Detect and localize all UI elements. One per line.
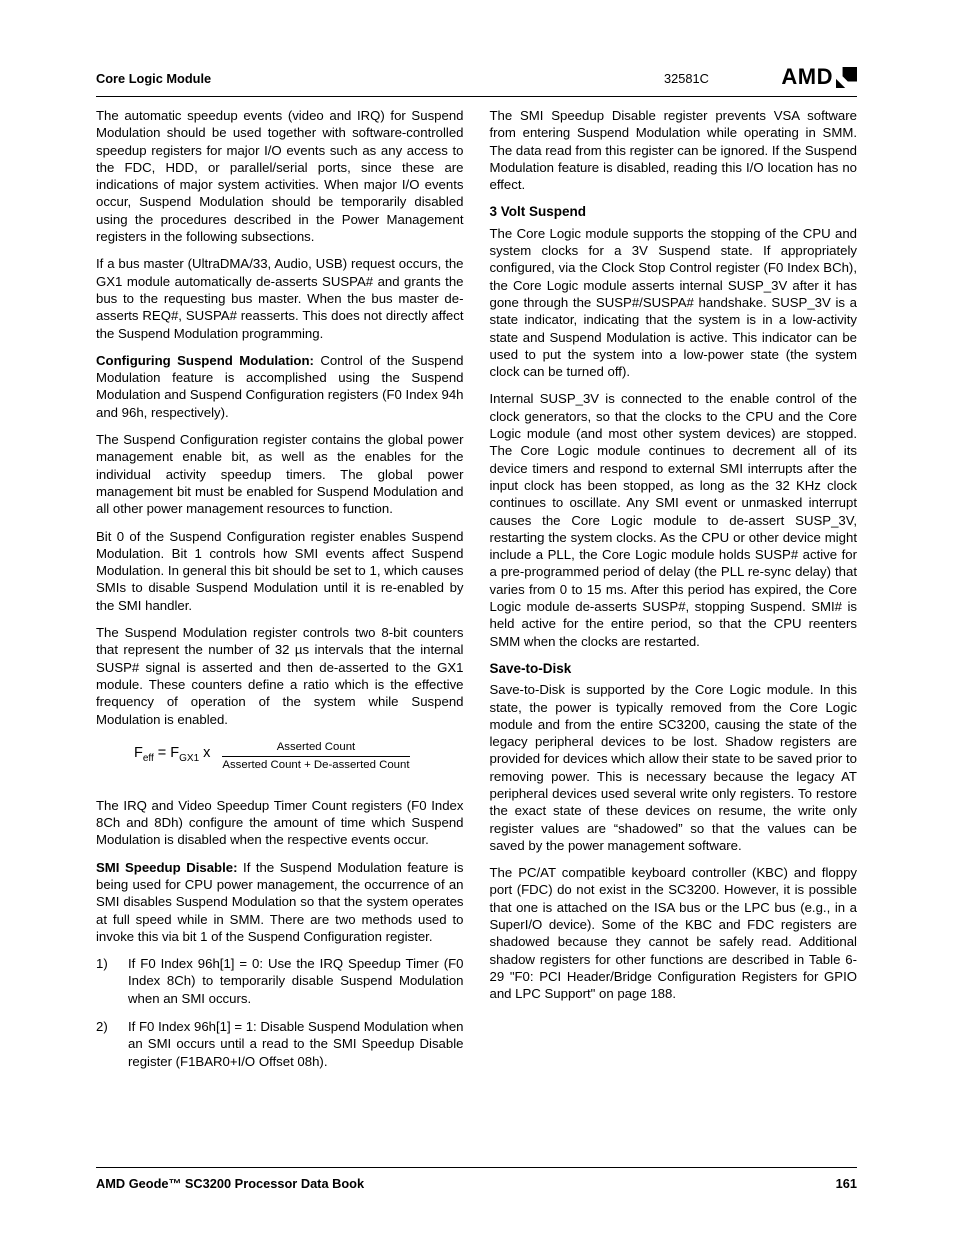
formula-multiply: x [203,745,210,761]
paragraph: The IRQ and Video Speedup Timer Count re… [96,797,464,849]
list-item: 1) If F0 Index 96h[1] = 0: Use the IRQ S… [96,955,464,1007]
formula-sub-eff: eff [143,753,154,764]
list-item-marker: 1) [96,955,128,1007]
right-column: The SMI Speedup Disable register prevent… [490,107,858,1081]
paragraph: The automatic speedup events (video and … [96,107,464,245]
paragraph: The PC/AT compatible keyboard controller… [490,864,858,1002]
paragraph: SMI Speedup Disable: If the Suspend Modu… [96,859,464,945]
section-heading-save-to-disk: Save-to-Disk [490,660,858,677]
paragraph: The Suspend Configuration register conta… [96,431,464,517]
header-section-title: Core Logic Module [96,71,211,86]
amd-logo: AMD [781,64,857,90]
paragraph: If a bus master (UltraDMA/33, Audio, USB… [96,255,464,341]
list-item: 2) If F0 Index 96h[1] = 1: Disable Suspe… [96,1018,464,1070]
paragraph: Configuring Suspend Modulation: Control … [96,352,464,421]
list-item-text: If F0 Index 96h[1] = 0: Use the IRQ Spee… [128,955,464,1007]
list-item-text: If F0 Index 96h[1] = 1: Disable Suspend … [128,1018,464,1070]
numbered-list: 1) If F0 Index 96h[1] = 0: Use the IRQ S… [96,955,464,1070]
formula-left-side: Feff=FGX1x [134,745,214,767]
footer-page-number: 161 [836,1176,857,1191]
list-item-marker: 2) [96,1018,128,1070]
footer-book-title: AMD Geode™ SC3200 Processor Data Book [96,1176,364,1191]
two-column-body: The automatic speedup events (video and … [96,107,857,1081]
paragraph: The Core Logic module supports the stopp… [490,225,858,381]
formula-fraction: Asserted Count Asserted Count + De-asser… [222,740,409,773]
paragraph-lead-in: SMI Speedup Disable: [96,860,238,875]
paragraph: Internal SUSP_3V is connected to the ena… [490,390,858,649]
amd-arrow-icon [836,67,857,88]
section-heading-3-volt-suspend: 3 Volt Suspend [490,203,858,220]
fraction-numerator: Asserted Count [222,740,409,757]
document-page: Core Logic Module 32581C AMD The automat… [0,0,954,1235]
formula-f2: F [170,745,179,761]
left-column: The automatic speedup events (video and … [96,107,464,1081]
paragraph: Save-to-Disk is supported by the Core Lo… [490,681,858,854]
page-header: Core Logic Module 32581C AMD [96,0,857,97]
document-number: 32581C [664,71,709,86]
formula-equals: = [158,745,166,761]
page-footer: AMD Geode™ SC3200 Processor Data Book 16… [96,1167,857,1191]
effective-frequency-formula: Feff=FGX1x Asserted Count Asserted Count… [134,740,464,773]
formula-sub-gx1: GX1 [179,753,199,764]
amd-logo-text: AMD [781,64,833,90]
paragraph: The Suspend Modulation register controls… [96,624,464,728]
paragraph-lead-in: Configuring Suspend Modulation: [96,353,314,368]
fraction-denominator: Asserted Count + De-asserted Count [222,757,409,773]
formula-f: F [134,745,143,761]
paragraph: Bit 0 of the Suspend Configuration regis… [96,528,464,614]
paragraph: The SMI Speedup Disable register prevent… [490,107,858,193]
